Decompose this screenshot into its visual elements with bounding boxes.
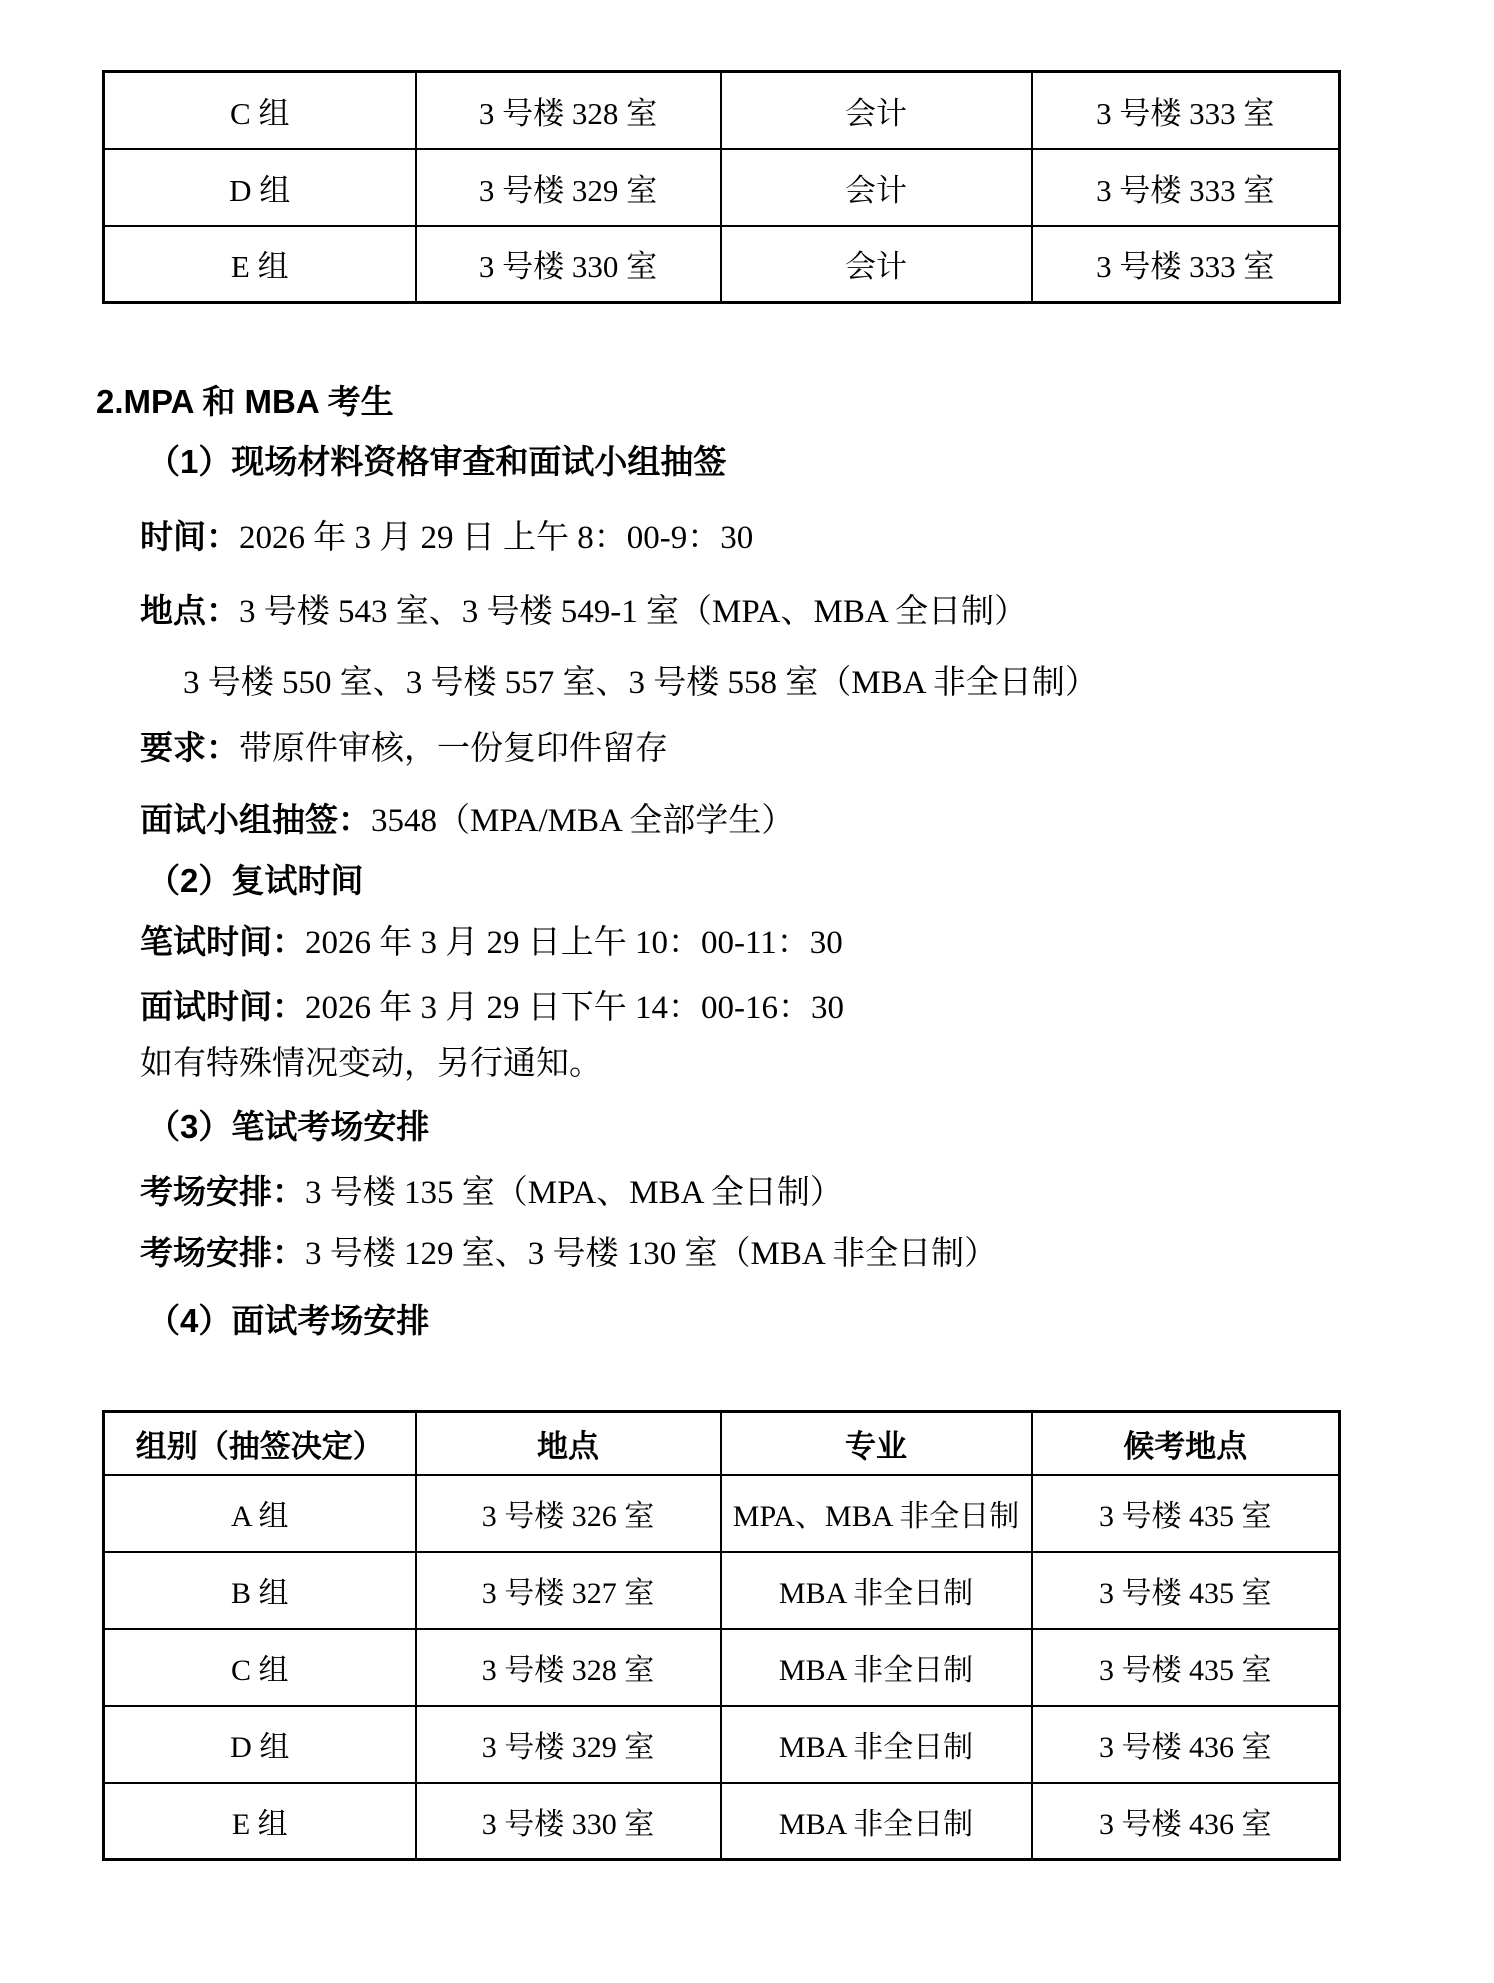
interview-time-value: 2026 年 3 月 29 日下午 14：00-16：30 bbox=[305, 990, 844, 1026]
requirement-value: 带原件审核，一份复印件留存 bbox=[239, 731, 668, 767]
major-header: 专业 bbox=[721, 1412, 1032, 1475]
table-row: B 组 3 号楼 327 室 MBA 非全日制 3 号楼 435 室 bbox=[104, 1552, 1340, 1629]
note-line: 如有特殊情况变动，另行通知。 bbox=[140, 1046, 602, 1084]
major-cell: 会计 bbox=[721, 226, 1032, 303]
room-cell: 3 号楼 329 室 bbox=[416, 1706, 721, 1783]
group-cell: B 组 bbox=[104, 1552, 416, 1629]
section-title: 2.MPA 和 MBA 考生 bbox=[96, 383, 394, 421]
place-label: 地点： bbox=[140, 592, 239, 629]
written-exam-time-label: 笔试时间： bbox=[140, 923, 305, 960]
major-cell: MBA 非全日制 bbox=[721, 1783, 1032, 1860]
subsection-2-heading: （2）复试时间 bbox=[147, 862, 363, 900]
exam-room-value-1: 3 号楼 135 室（MPA、MBA 全日制） bbox=[305, 1175, 843, 1211]
requirement-label: 要求： bbox=[140, 729, 239, 766]
place-value: 3 号楼 543 室、3 号楼 549-1 室（MPA、MBA 全日制） bbox=[239, 594, 1027, 630]
subsection-3-heading: （3）笔试考场安排 bbox=[147, 1108, 429, 1146]
group-cell: C 组 bbox=[104, 1629, 416, 1706]
group-cell: A 组 bbox=[104, 1475, 416, 1552]
room-cell: 3 号楼 328 室 bbox=[416, 72, 721, 149]
room-cell: 3 号楼 330 室 bbox=[416, 1783, 721, 1860]
room-cell: 3 号楼 326 室 bbox=[416, 1475, 721, 1552]
table-row: C 组 3 号楼 328 室 MBA 非全日制 3 号楼 435 室 bbox=[104, 1629, 1340, 1706]
time-line: 时间：2026 年 3 月 29 日 上午 8：00-9：30 bbox=[140, 518, 753, 558]
group-header: 组别（抽签决定） bbox=[104, 1412, 416, 1475]
group-cell: D 组 bbox=[104, 149, 416, 226]
room-cell: 3 号楼 330 室 bbox=[416, 226, 721, 303]
major-cell: 会计 bbox=[721, 149, 1032, 226]
table-row: E 组 3 号楼 330 室 会计 3 号楼 333 室 bbox=[104, 226, 1340, 303]
major-cell: MBA 非全日制 bbox=[721, 1706, 1032, 1783]
waiting-room-cell: 3 号楼 436 室 bbox=[1032, 1706, 1340, 1783]
draw-value: 3548（MPA/MBA 全部学生） bbox=[371, 803, 794, 839]
table-row: D 组 3 号楼 329 室 MBA 非全日制 3 号楼 436 室 bbox=[104, 1706, 1340, 1783]
document-page: C 组 3 号楼 328 室 会计 3 号楼 333 室 D 组 3 号楼 32… bbox=[0, 0, 1494, 1983]
subsection-1-heading: （1）现场材料资格审查和面试小组抽签 bbox=[147, 443, 726, 481]
waiting-room-cell: 3 号楼 435 室 bbox=[1032, 1629, 1340, 1706]
major-cell: MBA 非全日制 bbox=[721, 1629, 1032, 1706]
group-cell: E 组 bbox=[104, 226, 416, 303]
table-row: A 组 3 号楼 326 室 MPA、MBA 非全日制 3 号楼 435 室 bbox=[104, 1475, 1340, 1552]
table-row: D 组 3 号楼 329 室 会计 3 号楼 333 室 bbox=[104, 149, 1340, 226]
table-header-row: 组别（抽签决定） 地点 专业 候考地点 bbox=[104, 1412, 1340, 1475]
waiting-room-header: 候考地点 bbox=[1032, 1412, 1340, 1475]
waiting-room-cell: 3 号楼 333 室 bbox=[1032, 72, 1340, 149]
group-cell: E 组 bbox=[104, 1783, 416, 1860]
place-value-2: 3 号楼 550 室、3 号楼 557 室、3 号楼 558 室（MBA 非全日… bbox=[183, 665, 1098, 701]
time-value: 2026 年 3 月 29 日 上午 8：00-9：30 bbox=[239, 520, 753, 556]
major-cell: 会计 bbox=[721, 72, 1032, 149]
table-row: C 组 3 号楼 328 室 会计 3 号楼 333 室 bbox=[104, 72, 1340, 149]
place-line-continued: 3 号楼 550 室、3 号楼 557 室、3 号楼 558 室（MBA 非全日… bbox=[183, 665, 1098, 703]
exam-room-line-2: 考场安排：3 号楼 129 室、3 号楼 130 室（MBA 非全日制） bbox=[140, 1234, 997, 1274]
group-cell: C 组 bbox=[104, 72, 416, 149]
room-cell: 3 号楼 329 室 bbox=[416, 149, 721, 226]
interview-time-line: 面试时间：2026 年 3 月 29 日下午 14：00-16：30 bbox=[140, 988, 844, 1028]
room-cell: 3 号楼 328 室 bbox=[416, 1629, 721, 1706]
exam-room-value-2: 3 号楼 129 室、3 号楼 130 室（MBA 非全日制） bbox=[305, 1236, 997, 1272]
room-header: 地点 bbox=[416, 1412, 721, 1475]
exam-room-label-1: 考场安排： bbox=[140, 1173, 305, 1210]
mba-interview-room-table: 组别（抽签决定） 地点 专业 候考地点 A 组 3 号楼 326 室 MPA、M… bbox=[102, 1410, 1341, 1861]
written-exam-time-value: 2026 年 3 月 29 日上午 10：00-11：30 bbox=[305, 925, 843, 961]
written-exam-time-line: 笔试时间：2026 年 3 月 29 日上午 10：00-11：30 bbox=[140, 923, 843, 963]
waiting-room-cell: 3 号楼 435 室 bbox=[1032, 1475, 1340, 1552]
room-cell: 3 号楼 327 室 bbox=[416, 1552, 721, 1629]
interview-time-label: 面试时间： bbox=[140, 988, 305, 1025]
draw-label: 面试小组抽签： bbox=[140, 801, 371, 838]
subsection-4-heading: （4）面试考场安排 bbox=[147, 1302, 429, 1340]
accounting-interview-room-table: C 组 3 号楼 328 室 会计 3 号楼 333 室 D 组 3 号楼 32… bbox=[102, 70, 1341, 304]
waiting-room-cell: 3 号楼 436 室 bbox=[1032, 1783, 1340, 1860]
note-text: 如有特殊情况变动，另行通知。 bbox=[140, 1046, 602, 1082]
table-row: E 组 3 号楼 330 室 MBA 非全日制 3 号楼 436 室 bbox=[104, 1783, 1340, 1860]
requirement-line: 要求：带原件审核，一份复印件留存 bbox=[140, 729, 668, 769]
major-cell: MBA 非全日制 bbox=[721, 1552, 1032, 1629]
waiting-room-cell: 3 号楼 333 室 bbox=[1032, 149, 1340, 226]
place-line: 地点：3 号楼 543 室、3 号楼 549-1 室（MPA、MBA 全日制） bbox=[140, 592, 1027, 632]
major-cell: MPA、MBA 非全日制 bbox=[721, 1475, 1032, 1552]
exam-room-line-1: 考场安排：3 号楼 135 室（MPA、MBA 全日制） bbox=[140, 1173, 843, 1213]
exam-room-label-2: 考场安排： bbox=[140, 1234, 305, 1271]
waiting-room-cell: 3 号楼 435 室 bbox=[1032, 1552, 1340, 1629]
group-cell: D 组 bbox=[104, 1706, 416, 1783]
time-label: 时间： bbox=[140, 518, 239, 555]
draw-line: 面试小组抽签：3548（MPA/MBA 全部学生） bbox=[140, 801, 794, 841]
waiting-room-cell: 3 号楼 333 室 bbox=[1032, 226, 1340, 303]
